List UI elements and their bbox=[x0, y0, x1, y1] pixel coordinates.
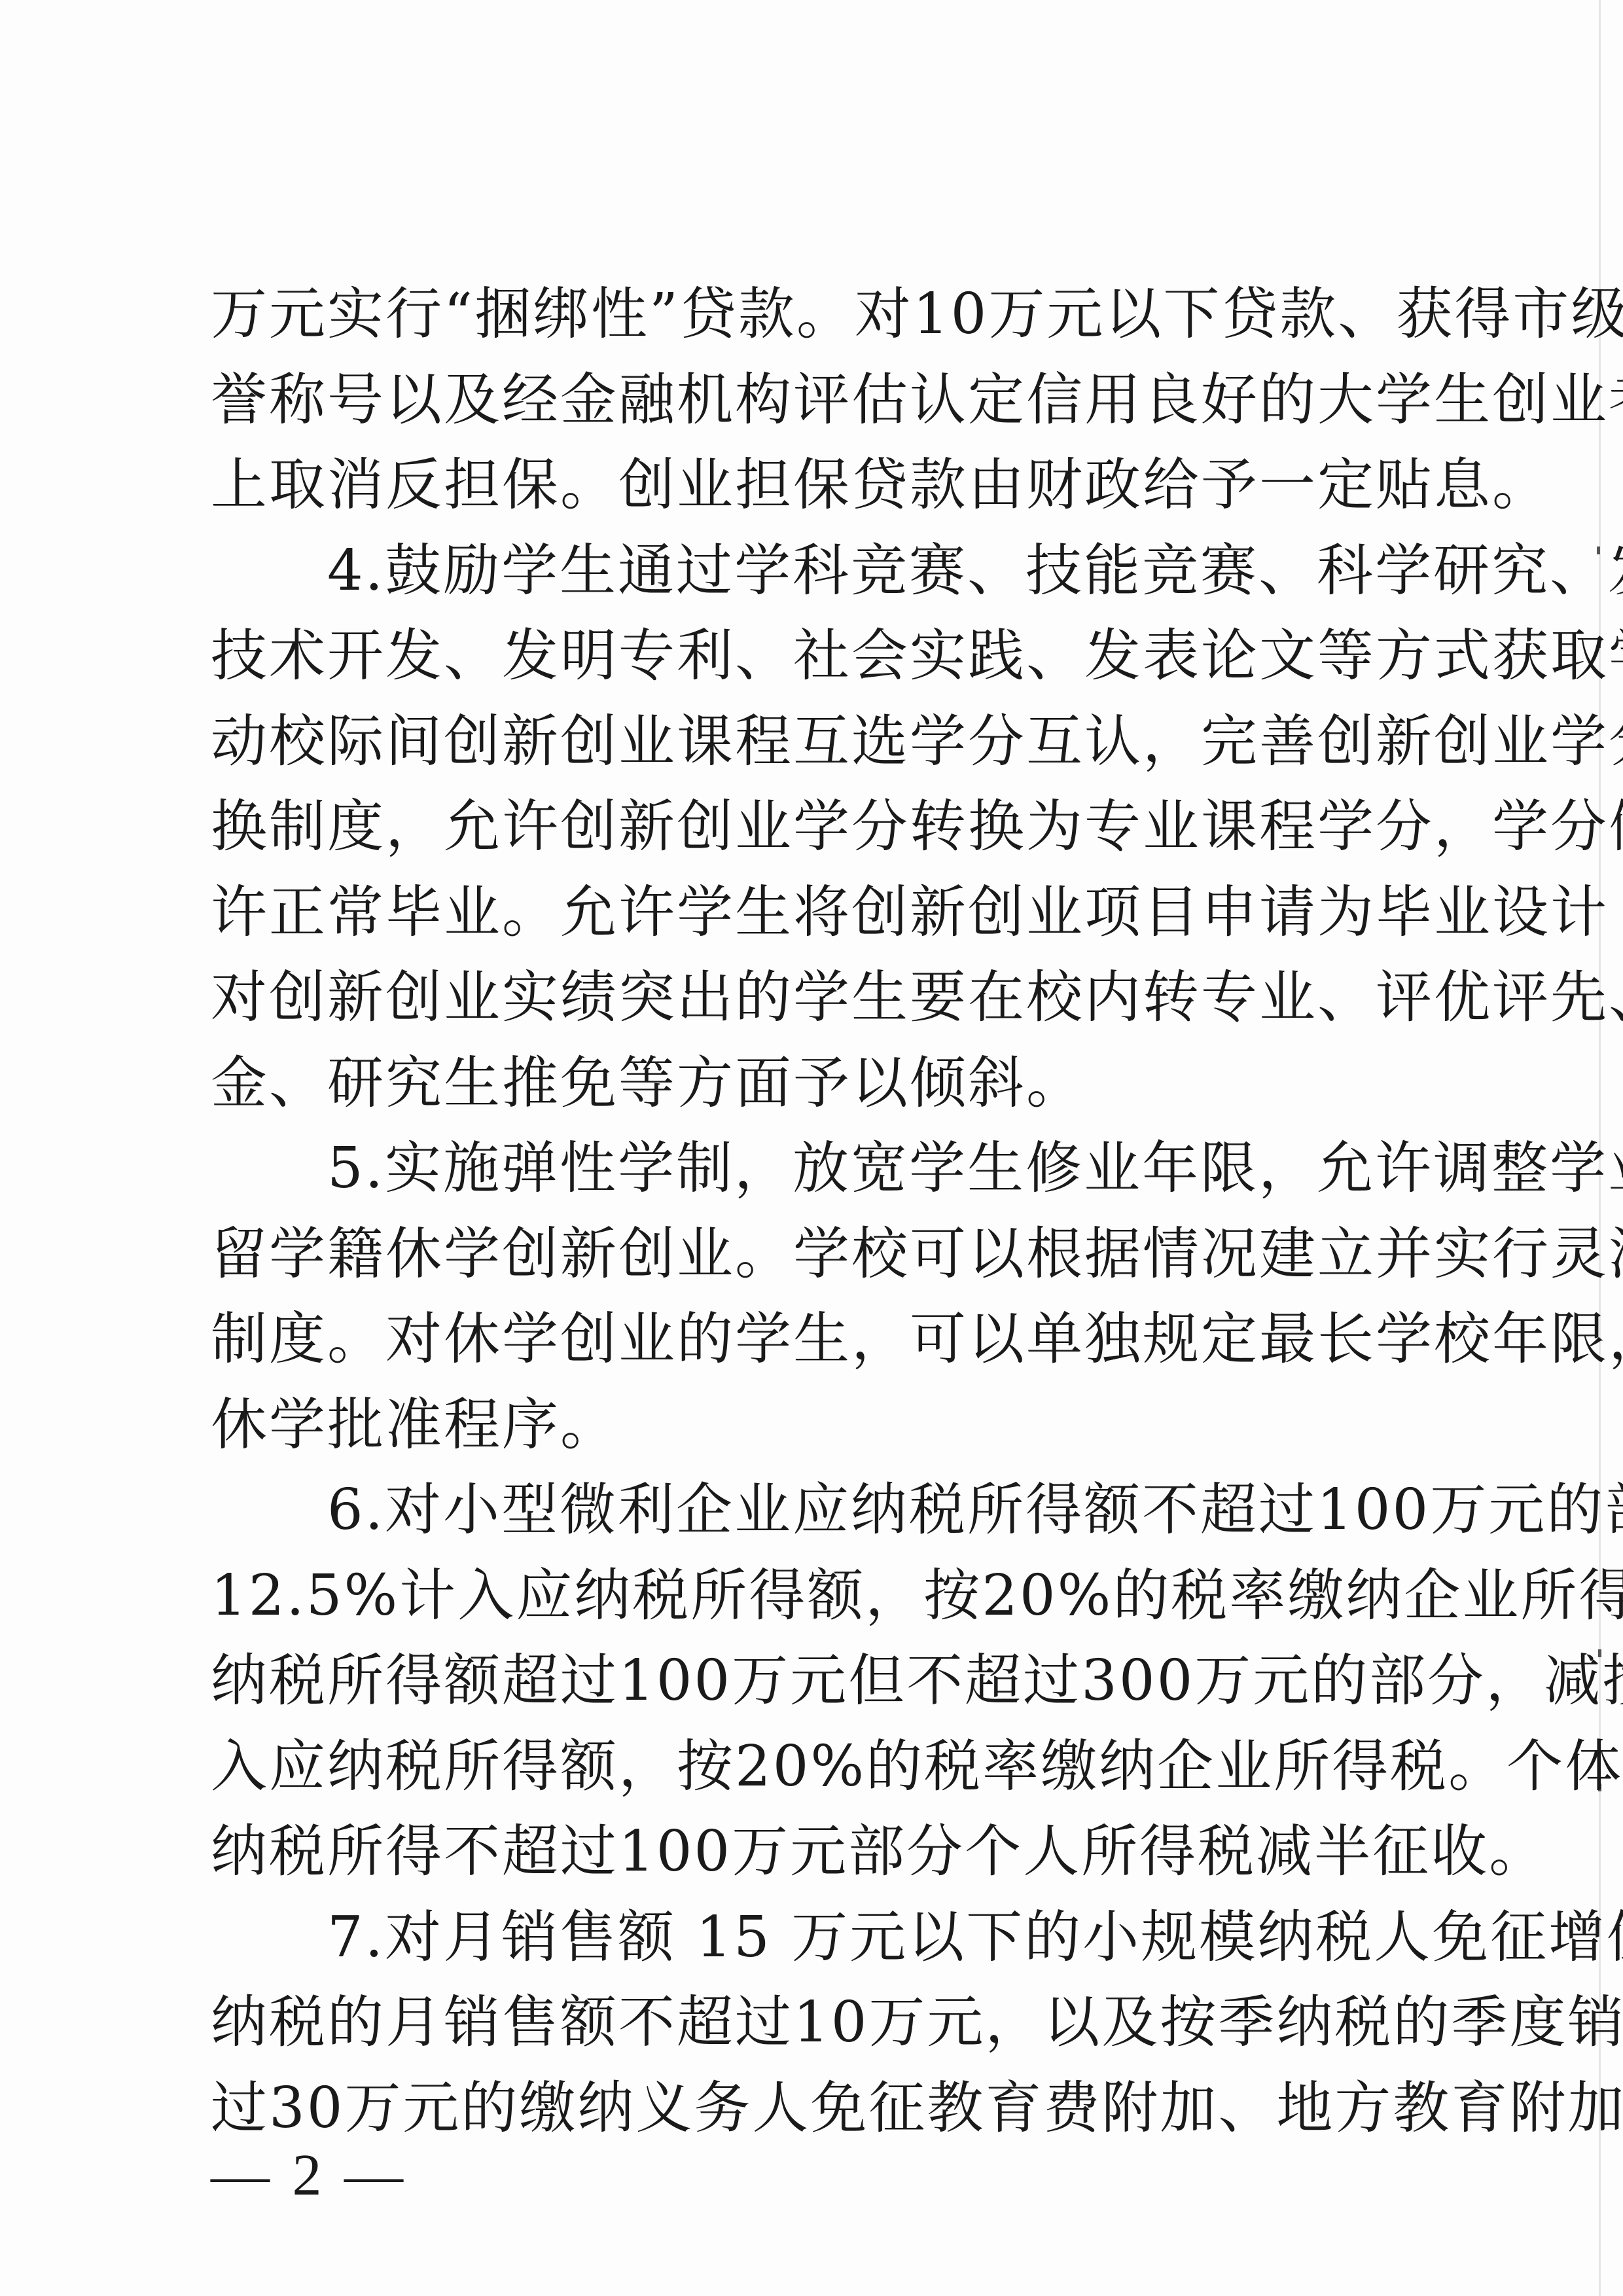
document-body: 万元实行“捆绑性”贷款。对10万元以下贷款、获得市级以上荣誉称号以及经金融机构评… bbox=[211, 272, 1454, 2151]
text-line: 6.对小型微利企业应纳税所得额不超过100万元的部分，减按 bbox=[211, 1467, 1454, 1553]
text-line: 4.鼓励学生通过学科竞赛、技能竞赛、科学研究、发明创造、 bbox=[211, 528, 1454, 614]
text-line: 技术开发、发明专利、社会实践、发表论文等方式获取学分，推 bbox=[211, 613, 1454, 699]
text-line: 休学批准程序。 bbox=[211, 1382, 1454, 1468]
text-line: 誉称号以及经金融机构评估认定信用良好的大学生创业者，原则 bbox=[211, 357, 1454, 443]
text-line: 5.实施弹性学制，放宽学生修业年限，允许调整学业进程、保 bbox=[211, 1126, 1454, 1211]
text-line: 纳税所得额超过100万元但不超过300万元的部分，减按50%计 bbox=[211, 1638, 1454, 1724]
text-line: 上取消反担保。创业担保贷款由财政给予一定贴息。 bbox=[211, 442, 1454, 528]
text-line: 纳税的月销售额不超过10万元，以及按季纳税的季度销售额不超 bbox=[211, 1980, 1454, 2066]
text-line: 换制度，允许创新创业学分转换为专业课程学分，学分修满后允 bbox=[211, 784, 1454, 870]
text-line: 动校际间创新创业课程互选学分互认，完善创新创业学分积累转 bbox=[211, 699, 1454, 785]
text-line: 万元实行“捆绑性”贷款。对10万元以下贷款、获得市级以上荣 bbox=[211, 272, 1454, 357]
text-line: 制度。对休学创业的学生，可以单独规定最长学校年限，并简化 bbox=[211, 1297, 1454, 1382]
text-line: 7.对月销售额 15 万元以下的小规模纳税人免征增值税。按月 bbox=[211, 1895, 1454, 1981]
text-line: 纳税所得不超过100万元部分个人所得税减半征收。 bbox=[211, 1809, 1454, 1895]
text-line: 留学籍休学创新创业。学校可以根据情况建立并实行灵活的学习 bbox=[211, 1211, 1454, 1297]
page-number: — 2 — bbox=[211, 2142, 407, 2209]
text-line: 入应纳税所得额，按20%的税率缴纳企业所得税。个体工商户应 bbox=[211, 1724, 1454, 1810]
text-line: 12.5%计入应纳税所得额，按20%的税率缴纳企业所得税；对年应 bbox=[211, 1553, 1454, 1639]
text-line: 对创新创业实绩突出的学生要在校内转专业、评优评先、奖助学 bbox=[211, 955, 1454, 1041]
document-page: 万元实行“捆绑性”贷款。对10万元以下贷款、获得市级以上荣誉称号以及经金融机构评… bbox=[0, 0, 1623, 2296]
text-line: 过30万元的缴纳义务人免征教育费附加、地方教育附加、水利建 bbox=[211, 2066, 1454, 2151]
text-line: 金、研究生推免等方面予以倾斜。 bbox=[211, 1041, 1454, 1126]
text-line: 许正常毕业。允许学生将创新创业项目申请为毕业设计（论文）。 bbox=[211, 870, 1454, 956]
